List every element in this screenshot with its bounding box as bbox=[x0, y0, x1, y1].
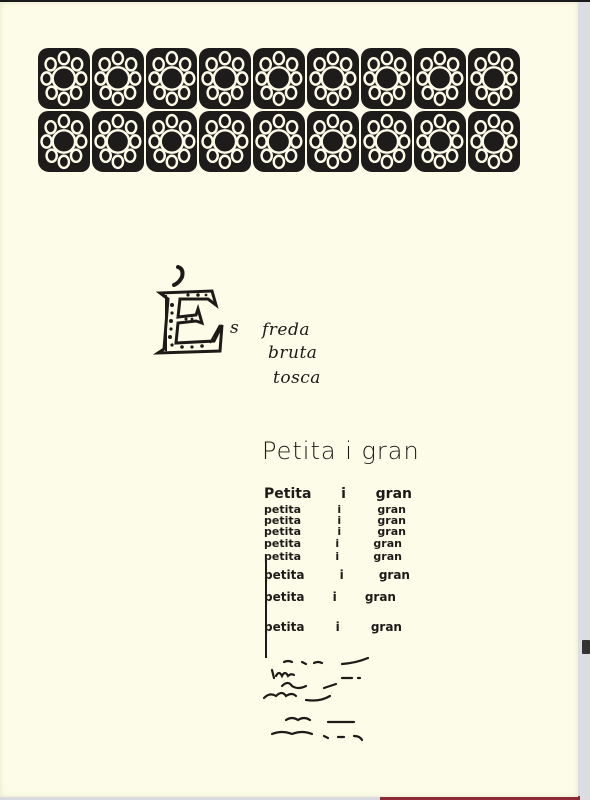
line-mid: i bbox=[341, 486, 346, 503]
initial-suffix: s bbox=[230, 318, 239, 338]
flower-tile bbox=[253, 48, 305, 109]
page-tab-marker bbox=[582, 640, 590, 654]
flower-tile bbox=[307, 48, 359, 109]
flower-tile bbox=[38, 48, 90, 109]
word-tosca: tosca bbox=[273, 368, 321, 388]
flower-tile bbox=[307, 111, 359, 172]
flower-tile bbox=[92, 111, 144, 172]
line-mid: i bbox=[335, 537, 339, 550]
poem-title: Petita i gran bbox=[262, 437, 420, 465]
line-mid: i bbox=[335, 550, 339, 568]
poem-line: petitaigran bbox=[264, 550, 402, 568]
flower-tile bbox=[92, 48, 144, 109]
line-left: petita bbox=[264, 537, 301, 550]
flower-tile bbox=[146, 48, 198, 109]
scribble-lines-icon bbox=[258, 650, 418, 750]
line-right: gran bbox=[365, 590, 396, 620]
word-bruta: bruta bbox=[268, 343, 317, 363]
poem-line: petitaigran bbox=[264, 568, 410, 590]
line-right: gran bbox=[371, 620, 402, 640]
line-right: gran bbox=[373, 537, 402, 550]
flower-tile bbox=[468, 48, 520, 109]
line-right: gran bbox=[377, 503, 406, 514]
poem-line: petitaigran bbox=[264, 537, 402, 550]
line-mid: i bbox=[336, 620, 340, 640]
flower-tile bbox=[468, 111, 520, 172]
word-freda: freda bbox=[262, 320, 310, 340]
line-mid: i bbox=[337, 525, 341, 537]
flower-tile bbox=[414, 48, 466, 109]
line-mid: i bbox=[337, 514, 341, 525]
flower-tile bbox=[361, 111, 413, 172]
line-left: petita bbox=[264, 620, 304, 640]
poem-line: Petitaigran bbox=[264, 486, 412, 503]
line-left: Petita bbox=[264, 486, 311, 503]
line-mid: i bbox=[340, 568, 344, 590]
drop-cap-e-icon bbox=[150, 265, 230, 360]
line-mid: i bbox=[333, 590, 337, 620]
flower-tile bbox=[361, 48, 413, 109]
poem-line: petitaigran bbox=[264, 514, 406, 525]
margin-stroke bbox=[265, 560, 267, 658]
poem-line: petitaigran bbox=[264, 503, 406, 514]
flower-tile bbox=[38, 111, 90, 172]
flower-tile bbox=[199, 111, 251, 172]
line-left: petita bbox=[264, 503, 301, 514]
scan-right-edge bbox=[578, 2, 590, 800]
flower-tile bbox=[414, 111, 466, 172]
line-left: petita bbox=[264, 550, 301, 568]
line-mid: i bbox=[337, 503, 341, 514]
line-left: petita bbox=[264, 568, 304, 590]
flower-tile bbox=[253, 111, 305, 172]
line-left: petita bbox=[264, 514, 301, 525]
flower-tile bbox=[199, 48, 251, 109]
poem-line: petitaigran bbox=[264, 620, 402, 640]
line-right: gran bbox=[377, 514, 406, 525]
line-left: petita bbox=[264, 590, 304, 620]
poem-line: petitaigran bbox=[264, 590, 396, 620]
repeated-lines: Petitaigran petitaigran petitaigran peti… bbox=[264, 486, 424, 640]
line-left: petita bbox=[264, 525, 301, 537]
flower-tile bbox=[146, 111, 198, 172]
line-right: gran bbox=[376, 486, 412, 503]
poem-line: petitaigran bbox=[264, 525, 406, 537]
line-right: gran bbox=[373, 550, 402, 568]
decorated-initial-E bbox=[150, 265, 230, 360]
line-right: gran bbox=[379, 568, 410, 590]
line-right: gran bbox=[377, 525, 406, 537]
fading-scribbles bbox=[258, 650, 418, 750]
ornamental-flower-border bbox=[38, 48, 520, 172]
